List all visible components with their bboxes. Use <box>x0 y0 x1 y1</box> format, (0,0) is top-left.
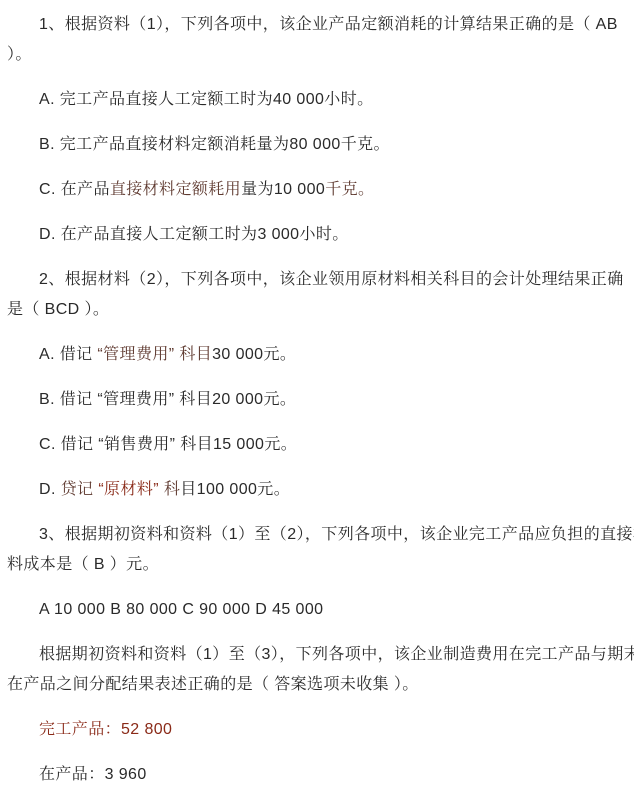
q4-result-finished-goods: 完工产品：52 800 <box>7 715 634 745</box>
q2-option-d-segment-4: “原材料” <box>98 481 159 498</box>
q1-option-c-segment-1: C. 在产品 <box>39 181 110 198</box>
q4-result-wip: 在产品：3 960 <box>7 760 634 790</box>
q2-option-a: A. 借记 “管理费用” 科目30 000元。 <box>7 340 634 370</box>
q2-option-a-segment-3: 30 000元。 <box>212 346 296 363</box>
q1-option-b: B. 完工产品直接材料定额消耗量为80 000千克。 <box>7 130 634 160</box>
q1-option-d: D. 在产品直接人工定额工时为3 000小时。 <box>7 220 634 250</box>
q2-option-d-segment-7: 目100 000元。 <box>180 481 290 498</box>
q2-option-c-line-1: C. 借记 “销售费用” 科目15 000元。 <box>7 430 634 460</box>
q1-option-c-segment-3: 量为10 000 <box>241 181 325 198</box>
q4-result-finished-goods-segment-1: 完工产品：52 800 <box>39 721 172 738</box>
q2-option-d-segment-1: D. <box>39 481 61 498</box>
q2-option-b: B. 借记 “管理费用” 科目20 000元。 <box>7 385 634 415</box>
question-3: 3、根据期初资料和资料（1）至（2），下列各项中，该企业完工产品应负担的直接材料… <box>7 520 634 580</box>
q2-option-d-segment-2: 贷记 <box>61 481 94 498</box>
question-1-segment-1: ）。 <box>7 46 32 63</box>
question-3-segment-1: 料成本是（ B ）元。 <box>7 556 159 573</box>
q4-result-finished-goods-line-1: 完工产品：52 800 <box>7 715 634 745</box>
question-3-line-2: 料成本是（ B ）元。 <box>7 550 634 580</box>
q4-result-wip-line-1: 在产品：3 960 <box>7 760 634 790</box>
q2-option-d-line-1: D. 贷记 “原材料” 科目100 000元。 <box>7 475 634 505</box>
question-4-segment-1: 根据期初资料和资料（1）至（3），下列各项中，该企业制造费用在完工产品与期末 <box>39 646 634 663</box>
question-2-segment-1: 2、根据材料（2），下列各项中，该企业领用原材料相关科目的会计处理结果正确 <box>39 271 624 288</box>
q1-option-d-line-1: D. 在产品直接人工定额工时为3 000小时。 <box>7 220 634 250</box>
q2-option-b-segment-1: B. 借记 “管理费用” 科目20 000元。 <box>39 391 296 408</box>
question-2-line-1: 2、根据材料（2），下列各项中，该企业领用原材料相关科目的会计处理结果正确 <box>7 265 634 295</box>
question-1-line-1: 1、根据资料（1），下列各项中，该企业产品定额消耗的计算结果正确的是（ AB <box>7 10 634 40</box>
q2-option-a-segment-2: “管理费用” 科目 <box>97 346 212 363</box>
question-2-segment-1: 是（ BCD ）。 <box>7 301 109 318</box>
q2-option-a-segment-1: A. 借记 <box>39 346 97 363</box>
question-4-line-2: 在产品之间分配结果表述正确的是（ 答案选项未收集 ）。 <box>7 670 634 700</box>
q1-option-c-segment-4: 千克。 <box>325 181 374 198</box>
question-2: 2、根据材料（2），下列各项中，该企业领用原材料相关科目的会计处理结果正确是（ … <box>7 265 634 325</box>
question-4: 根据期初资料和资料（1）至（3），下列各项中，该企业制造费用在完工产品与期末在产… <box>7 640 634 700</box>
q4-result-wip-segment-1: 在产品：3 960 <box>39 766 147 783</box>
q1-option-b-segment-1: B. 完工产品直接材料定额消耗量为80 000千克。 <box>39 136 390 153</box>
q1-option-b-line-1: B. 完工产品直接材料定额消耗量为80 000千克。 <box>7 130 634 160</box>
q1-option-d-segment-1: D. 在产品直接人工定额工时为3 000小时。 <box>39 226 349 243</box>
q2-option-d: D. 贷记 “原材料” 科目100 000元。 <box>7 475 634 505</box>
question-4-line-1: 根据期初资料和资料（1）至（3），下列各项中，该企业制造费用在完工产品与期末 <box>7 640 634 670</box>
q1-option-a-segment-1: A. 完工产品直接人工定额工时为40 000小时。 <box>39 91 374 108</box>
q1-option-c-line-1: C. 在产品直接材料定额耗用量为10 000千克。 <box>7 175 634 205</box>
q2-option-c-segment-1: C. 借记 “销售费用” 科目15 000元。 <box>39 436 297 453</box>
q2-option-a-line-1: A. 借记 “管理费用” 科目30 000元。 <box>7 340 634 370</box>
q3-options-segment-1: A 10 000 B 80 000 C 90 000 D 45 000 <box>39 601 323 618</box>
question-2-line-2: 是（ BCD ）。 <box>7 295 634 325</box>
q2-option-b-line-1: B. 借记 “管理费用” 科目20 000元。 <box>7 385 634 415</box>
q2-option-c: C. 借记 “销售费用” 科目15 000元。 <box>7 430 634 460</box>
question-3-segment-1: 3、根据期初资料和资料（1）至（2），下列各项中，该企业完工产品应负担的直接材 <box>39 526 634 543</box>
q3-options-line-1: A 10 000 B 80 000 C 90 000 D 45 000 <box>7 595 634 625</box>
q1-option-a-line-1: A. 完工产品直接人工定额工时为40 000小时。 <box>7 85 634 115</box>
q1-option-c-segment-2: 直接材料定额耗用 <box>110 181 241 198</box>
question-1: 1、根据资料（1），下列各项中，该企业产品定额消耗的计算结果正确的是（ AB）。 <box>7 10 634 70</box>
question-1-line-2: ）。 <box>7 40 634 70</box>
q1-option-a: A. 完工产品直接人工定额工时为40 000小时。 <box>7 85 634 115</box>
document-body: 1、根据资料（1），下列各项中，该企业产品定额消耗的计算结果正确的是（ AB）。… <box>0 0 634 803</box>
question-1-segment-1: 1、根据资料（1），下列各项中，该企业产品定额消耗的计算结果正确的是（ AB <box>39 16 618 33</box>
q2-option-d-segment-6: 科 <box>164 481 180 498</box>
q1-option-c: C. 在产品直接材料定额耗用量为10 000千克。 <box>7 175 634 205</box>
q3-options: A 10 000 B 80 000 C 90 000 D 45 000 <box>7 595 634 625</box>
question-4-segment-1: 在产品之间分配结果表述正确的是（ 答案选项未收集 ）。 <box>7 676 419 693</box>
question-3-line-1: 3、根据期初资料和资料（1）至（2），下列各项中，该企业完工产品应负担的直接材 <box>7 520 634 550</box>
